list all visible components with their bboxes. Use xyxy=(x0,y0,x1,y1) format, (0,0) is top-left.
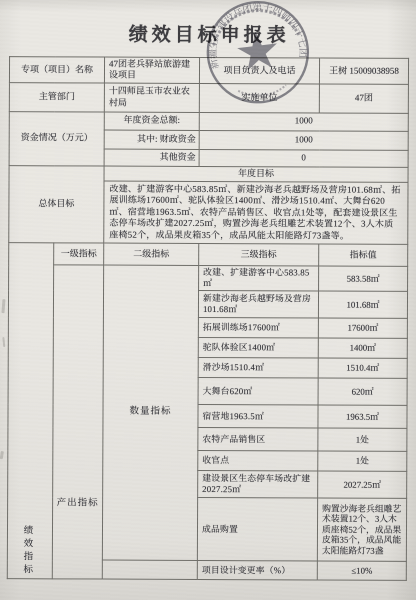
level2-quantity-indicator: 数量指标 xyxy=(102,265,198,560)
indicator-row: 产出指标 数量指标 改建、扩建游客中心583.85㎡ 583.58㎡ xyxy=(9,265,408,292)
indicator-name: 改建、扩建游客中心583.85㎡ xyxy=(199,265,319,291)
level1-output-indicator: 产出指标 xyxy=(52,265,103,579)
fund-fiscal-label: 其中: 财政资金 xyxy=(104,130,199,149)
overall-goal-label: 总体目标 xyxy=(9,165,104,243)
indicator-name: 收官点 xyxy=(198,450,318,471)
impl-unit-label: 实施单位 xyxy=(199,83,319,113)
fund-total-label: 年度资金总额: xyxy=(104,112,199,130)
performance-indicator-side-cell: 绩 效 指 标 xyxy=(7,243,53,579)
row-indicator-headers: 绩 效 指 标 一级指标 二级指标 三级指标 指标值 xyxy=(9,243,408,267)
annual-goal-header: 年度目标 xyxy=(104,166,408,182)
indicator-name: 成品购置 xyxy=(197,497,317,561)
project-name-value: 47团老兵驿站旅游建设项目 xyxy=(104,57,199,83)
indicator-value: 购置沙海老兵组雕艺术装置12个、3人木质座椅52个，成品果皮箱35个，成品风能太… xyxy=(317,498,406,561)
leader-label: 项目负责人及电话 xyxy=(199,57,319,83)
performance-indicator-side-label: 绩 效 指 标 xyxy=(11,525,49,577)
level2-empty-cell xyxy=(102,560,197,579)
dept-label: 主管部门 xyxy=(9,82,104,111)
indicator-name: 大舞台620㎡ xyxy=(198,377,318,405)
indicator-name: 驼队体验区1400㎡ xyxy=(198,337,318,358)
indicator-value: 583.58㎡ xyxy=(319,266,408,291)
project-name-label: 专项（项目）名称 xyxy=(9,57,104,83)
form-table: 专项（项目）名称 47团老兵驿站旅游建设项目 项目负责人及电话 王树 15009… xyxy=(7,56,409,581)
impl-unit-value: 47团 xyxy=(319,83,408,112)
leader-value: 王树 15009038958 xyxy=(319,58,408,84)
indicator-value: ≤10% xyxy=(317,561,406,580)
indicator-value: 1处 xyxy=(318,451,407,471)
row-annual-goal-header: 总体目标 年度目标 xyxy=(9,165,408,182)
indicator-value: 17600㎡ xyxy=(318,318,407,338)
fund-total-value: 1000 xyxy=(199,112,408,131)
fund-fiscal-value: 1000 xyxy=(199,130,408,150)
indicator-value: 101.68㎡ xyxy=(318,291,407,318)
header-value: 指标值 xyxy=(319,244,408,266)
indicator-name: 滑沙场1510.4㎡ xyxy=(198,357,318,378)
fund-other-label: 其他资金 xyxy=(104,149,199,166)
indicator-name: 拓展训练场17600㎡ xyxy=(198,317,318,338)
funds-label: 资金情况（万元） xyxy=(9,111,104,165)
form-title: 绩效目标申报表 xyxy=(1,19,416,48)
scan-smudge xyxy=(1,299,5,313)
indicator-name: 宿营地1963.5㎡ xyxy=(198,404,318,428)
row-project: 专项（项目）名称 47团老兵驿站旅游建设项目 项目负责人及电话 王树 15009… xyxy=(9,57,408,84)
scan-smudge xyxy=(0,451,4,459)
indicator-value: 1963.5㎡ xyxy=(318,405,407,428)
dept-value: 十四师昆玉市农业农村局 xyxy=(104,83,199,112)
row-fund-total: 资金情况（万元） 年度资金总额: 1000 xyxy=(9,111,408,131)
indicator-name: 项目设计变更率（%） xyxy=(197,560,317,580)
row-department: 主管部门 十四师昆玉市农业农村局 实施单位 47团 xyxy=(9,82,408,113)
header-level3: 三级指标 xyxy=(199,243,319,266)
indicator-value: 1400㎡ xyxy=(318,338,407,358)
scanned-paper: 绩效目标申报表 专项（项目）名称 47团老兵驿站旅游建设项目 项目负责人及电话 … xyxy=(0,0,416,600)
overall-goal-text: 改建、扩建游客中心583.85㎡、新建沙海老兵越野场及营房101.68㎡、拓展训… xyxy=(104,181,408,245)
indicator-value: 1510.4㎡ xyxy=(318,358,407,378)
indicator-value: 2027.25㎡ xyxy=(318,471,407,498)
form-sheet: 绩效目标申报表 专项（项目）名称 47团老兵驿站旅游建设项目 项目负责人及电话 … xyxy=(0,0,416,600)
header-level1: 一级指标 xyxy=(54,243,104,265)
indicator-name: 建设景区生态停车场改扩建2027.25㎡ xyxy=(198,470,318,498)
indicator-value: 620㎡ xyxy=(318,378,407,405)
indicator-name: 农特产品销售区 xyxy=(198,427,318,451)
scan-smudge xyxy=(2,337,5,347)
fund-other-value: 0 xyxy=(199,149,408,167)
indicator-value: 1处 xyxy=(318,428,407,451)
header-level2: 二级指标 xyxy=(104,243,199,265)
indicator-name: 新建沙海老兵越野场及营房101.68㎡ xyxy=(198,290,318,318)
